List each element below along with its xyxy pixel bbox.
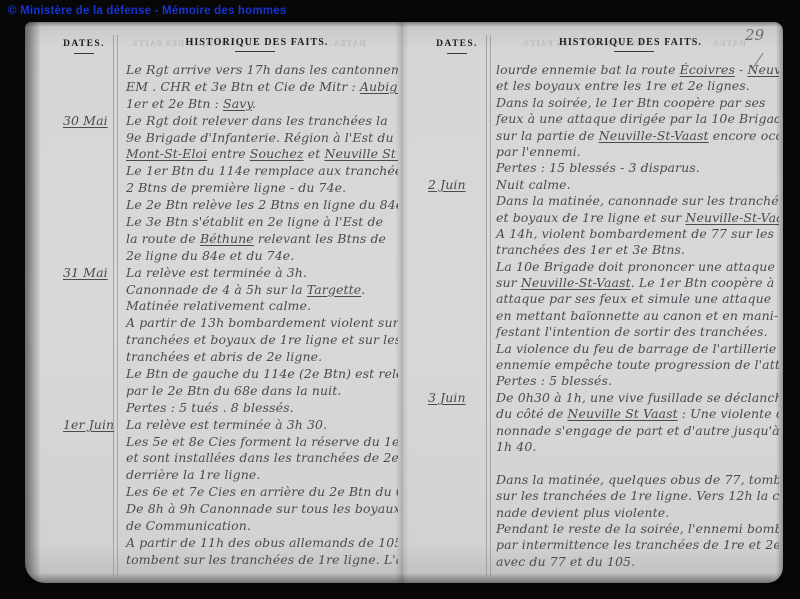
entry-text: Le Rgt doit relever dans les tranchées l…: [120, 113, 398, 128]
page-edge-shadow: [776, 22, 783, 583]
entry-text: et les boyaux entre les 1re et 2e lignes…: [490, 78, 779, 93]
journal-line: et boyaux de 1re ligne et sur Neuville-S…: [402, 210, 779, 226]
page-number: 29: [745, 26, 764, 44]
entry-text: Canonnade de 4 à 5h sur la Targette.: [120, 282, 398, 297]
journal-line: nade devient plus violente.: [402, 505, 779, 521]
journal-line: avec du 77 et du 105.: [402, 554, 779, 570]
entry-text: Nuit calme.: [490, 177, 779, 192]
entry-text: la route de Béthune relevant les Btns de: [120, 231, 398, 246]
entry-text: 2 Btns de première ligne - du 74e.: [120, 180, 398, 195]
journal-line: 9e Brigade d'Infanterie. Région à l'Est …: [25, 130, 398, 147]
entry-text: tranchées et boyaux de 1re ligne et sur …: [120, 332, 398, 347]
journal-line: Le 3e Btn s'établit en 2e ligne à l'Est …: [25, 214, 398, 231]
entry-text: sur la partie de Neuville-St-Vaast encor…: [490, 128, 779, 143]
entry-text: Mont-St-Eloi entre Souchez et Neuville S…: [120, 146, 398, 161]
right-page: HISTORIQUE DES FAITS. DATES. DATES. HIST…: [402, 22, 783, 583]
journal-line: tranchées et boyaux de 1re ligne et sur …: [25, 332, 398, 349]
journal-line: Les 5e et 8e Cies forment la réserve du …: [25, 434, 398, 451]
journal-line: Dans la matinée, quelques obus de 77, to…: [402, 472, 779, 488]
entry-text: de Communication.: [120, 518, 398, 533]
journal-line: sur la partie de Neuville-St-Vaast encor…: [402, 128, 779, 144]
entry-text: Pendant le reste de la soirée, l'ennemi …: [490, 521, 779, 536]
entry-text: nonnade s'engage de part et d'autre jusq…: [490, 423, 779, 438]
journal-line: par l'ennemi.: [402, 144, 779, 160]
journal-line: 1er JuinLa relève est terminée à 3h 30.: [25, 417, 398, 434]
entry-text: Matinée relativement calme.: [120, 298, 398, 313]
journal-line: Les 6e et 7e Cies en arrière du 2e Btn d…: [25, 484, 398, 501]
journal-line: sur Neuville-St-Vaast. Le 1er Btn coopèr…: [402, 275, 779, 291]
entry-text: Dans la soirée, le 1er Btn coopère par s…: [490, 95, 779, 110]
viewer-background: © Ministère de la défense - Mémoire des …: [0, 0, 800, 599]
entry-text: et boyaux de 1re ligne et sur Neuville-S…: [490, 210, 779, 225]
entry-text: tranchées des 1er et 3e Btns.: [490, 242, 779, 257]
entry-text: La violence du feu de barrage de l'artil…: [490, 341, 779, 356]
right-page-lines: lourde ennemie bat la route Écoivres - N…: [402, 62, 779, 570]
faits-column-header: HISTORIQUE DES FAITS.: [490, 37, 771, 48]
entry-text: en mettant baïonnette au canon et en man…: [490, 308, 779, 323]
copyright-banner-text: © Ministère de la défense - Mémoire des …: [8, 5, 286, 17]
journal-line: 2 Btns de première ligne - du 74e.: [25, 180, 398, 197]
dates-column-header: DATES.: [426, 39, 488, 49]
journal-line: et sont installées dans les tranchées de…: [25, 450, 398, 467]
journal-line: lourde ennemie bat la route Écoivres - N…: [402, 62, 779, 78]
entry-text: tranchées et abris de 2e ligne.: [120, 349, 398, 364]
entry-text: A partir de 11h des obus allemands de 10…: [120, 535, 398, 550]
journal-line: Pertes : 5 tués . 8 blessés.: [25, 400, 398, 417]
journal-line: [402, 455, 779, 471]
entry-text: et sont installées dans les tranchées de…: [120, 450, 398, 465]
journal-line: Le 2e Btn relève les 2 Btns en ligne du …: [25, 197, 398, 214]
journal-line: par le 2e Btn du 68e dans la nuit.: [25, 383, 398, 400]
entry-text: Le 3e Btn s'établit en 2e ligne à l'Est …: [120, 214, 398, 229]
entry-text: De 8h à 9h Canonnade sur tous les boyaux: [120, 501, 398, 516]
entry-text: tombent sur les tranchées de 1re ligne. …: [120, 552, 398, 567]
entry-text: 2e ligne du 84e et du 74e.: [120, 248, 398, 263]
journal-line: sur les tranchées de 1re ligne. Vers 12h…: [402, 488, 779, 504]
journal-line: Le Btn de gauche du 114e (2e Btn) est re…: [25, 366, 398, 383]
document-scan: HISTORIQUE DES FAITS. DATES. DATES. HIST…: [25, 22, 783, 583]
entry-text: 1er et 2e Btn : Savy.: [120, 96, 398, 111]
journal-line: Dans la matinée, canonnade sur les tranc…: [402, 193, 779, 209]
entry-text: attaque par ses feux et simule une attaq…: [490, 291, 779, 306]
entry-text: La 10e Brigade doit prononcer une attaqu…: [490, 259, 779, 274]
journal-line: de Communication.: [25, 518, 398, 535]
entry-text: sur les tranchées de 1re ligne. Vers 12h…: [490, 488, 779, 503]
journal-line: 30 MaiLe Rgt doit relever dans les tranc…: [25, 113, 398, 130]
journal-line: Pertes : 5 blessés.: [402, 373, 779, 389]
journal-line: nonnade s'engage de part et d'autre jusq…: [402, 423, 779, 439]
journal-line: Matinée relativement calme.: [25, 298, 398, 315]
page-edge-shadow: [25, 573, 783, 583]
journal-line: la route de Béthune relevant les Btns de: [25, 231, 398, 248]
entry-text: Les 5e et 8e Cies forment la réserve du …: [120, 434, 398, 449]
entry-date: 2 Juin: [402, 177, 490, 192]
journal-line: tombent sur les tranchées de 1re ligne. …: [25, 552, 398, 569]
entry-text: 9e Brigade d'Infanterie. Région à l'Est …: [120, 130, 398, 145]
entry-text: Dans la matinée, canonnade sur les tranc…: [490, 193, 779, 208]
journal-line: en mettant baïonnette au canon et en man…: [402, 308, 779, 324]
entry-text: La relève est terminée à 3h.: [120, 265, 398, 280]
entry-text: festant l'intention de sortir des tranch…: [490, 324, 779, 339]
journal-line: 3 JuinDe 0h30 à 1h, une vive fusillade s…: [402, 390, 779, 406]
journal-line: Mont-St-Eloi entre Souchez et Neuville S…: [25, 146, 398, 163]
journal-line: A 14h, violent bombardement de 77 sur le…: [402, 226, 779, 242]
header-rule: [614, 51, 654, 52]
entry-text: derrière la 1re ligne.: [120, 467, 398, 482]
book-gutter-shadow: [395, 22, 409, 583]
entry-text: Pertes : 15 blessés - 3 disparus.: [490, 160, 779, 175]
journal-line: 1er et 2e Btn : Savy.: [25, 96, 398, 113]
journal-line: ennemie empêche toute progression de l'a…: [402, 357, 779, 373]
entry-text: De 0h30 à 1h, une vive fusillade se décl…: [490, 390, 779, 405]
journal-line: A partir de 13h bombardement violent sur…: [25, 315, 398, 332]
entry-date: 3 Juin: [402, 390, 490, 405]
entry-text: avec du 77 et du 105.: [490, 554, 779, 569]
journal-line: La violence du feu de barrage de l'artil…: [402, 341, 779, 357]
journal-line: feux à une attaque dirigée par la 10e Br…: [402, 111, 779, 127]
journal-line: 2e ligne du 84e et du 74e.: [25, 248, 398, 265]
entry-text: lourde ennemie bat la route Écoivres - N…: [490, 62, 779, 77]
header-rule: [447, 53, 467, 54]
entry-text: A 14h, violent bombardement de 77 sur le…: [490, 226, 779, 241]
entry-text: Le 1er Btn du 114e remplace aux tranchée…: [120, 163, 398, 178]
entry-text: par l'ennemi.: [490, 144, 779, 159]
journal-line: Le 1er Btn du 114e remplace aux tranchée…: [25, 163, 398, 180]
journal-line: tranchées des 1er et 3e Btns.: [402, 242, 779, 258]
journal-line: A partir de 11h des obus allemands de 10…: [25, 535, 398, 552]
entry-text: Les 6e et 7e Cies en arrière du 2e Btn d…: [120, 484, 398, 499]
entry-text: Pertes : 5 blessés.: [490, 373, 779, 388]
journal-line: 1h 40.: [402, 439, 779, 455]
entry-text: ennemie empêche toute progression de l'a…: [490, 357, 779, 372]
entry-text: Pertes : 5 tués . 8 blessés.: [120, 400, 398, 415]
journal-line: EM . CHR et 3e Btn et Cie de Mitr : Aubi…: [25, 79, 398, 96]
entry-text: Dans la matinée, quelques obus de 77, to…: [490, 472, 779, 487]
dates-column-header: DATES.: [53, 39, 115, 49]
journal-line: Le Rgt arrive vers 17h dans les cantonne…: [25, 62, 398, 79]
entry-text: par le 2e Btn du 68e dans la nuit.: [120, 383, 398, 398]
header-rule: [235, 51, 275, 52]
journal-line: tranchées et abris de 2e ligne.: [25, 349, 398, 366]
entry-text: La relève est terminée à 3h 30.: [120, 417, 398, 432]
entry-text: par intermittence les tranchées de 1re e…: [490, 537, 779, 552]
journal-line: attaque par ses feux et simule une attaq…: [402, 291, 779, 307]
journal-line: Pendant le reste de la soirée, l'ennemi …: [402, 521, 779, 537]
journal-line: Pertes : 15 blessés - 3 disparus.: [402, 160, 779, 176]
entry-text: nade devient plus violente.: [490, 505, 779, 520]
entry-text: sur Neuville-St-Vaast. Le 1er Btn coopèr…: [490, 275, 779, 290]
entry-text: A partir de 13h bombardement violent sur…: [120, 315, 398, 330]
journal-line: Dans la soirée, le 1er Btn coopère par s…: [402, 95, 779, 111]
page-edge-shadow: [25, 22, 783, 27]
journal-line: derrière la 1re ligne.: [25, 467, 398, 484]
entry-text: Le 2e Btn relève les 2 Btns en ligne du …: [120, 197, 398, 212]
left-page: HISTORIQUE DES FAITS. DATES. DATES. HIST…: [25, 22, 402, 583]
left-page-lines: Le Rgt arrive vers 17h dans les cantonne…: [25, 62, 398, 569]
journal-line: par intermittence les tranchées de 1re e…: [402, 537, 779, 553]
entry-text: Le Rgt arrive vers 17h dans les cantonne…: [120, 62, 398, 77]
journal-line: De 8h à 9h Canonnade sur tous les boyaux: [25, 501, 398, 518]
journal-line: et les boyaux entre les 1re et 2e lignes…: [402, 78, 779, 94]
journal-line: Canonnade de 4 à 5h sur la Targette.: [25, 282, 398, 299]
entry-text: 1h 40.: [490, 439, 779, 454]
header-rule: [74, 53, 94, 54]
journal-line: 31 MaiLa relève est terminée à 3h.: [25, 265, 398, 282]
entry-text: Le Btn de gauche du 114e (2e Btn) est re…: [120, 366, 398, 381]
entry-text: du côté de Neuville St Vaast : Une viole…: [490, 406, 779, 421]
entry-text: EM . CHR et 3e Btn et Cie de Mitr : Aubi…: [120, 79, 398, 94]
journal-line: La 10e Brigade doit prononcer une attaqu…: [402, 259, 779, 275]
faits-column-header: HISTORIQUE DES FAITS.: [120, 37, 394, 48]
entry-text: feux à une attaque dirigée par la 10e Br…: [490, 111, 779, 126]
journal-line: festant l'intention de sortir des tranch…: [402, 324, 779, 340]
journal-line: du côté de Neuville St Vaast : Une viole…: [402, 406, 779, 422]
journal-line: 2 JuinNuit calme.: [402, 177, 779, 193]
page-edge-shadow: [25, 22, 41, 583]
